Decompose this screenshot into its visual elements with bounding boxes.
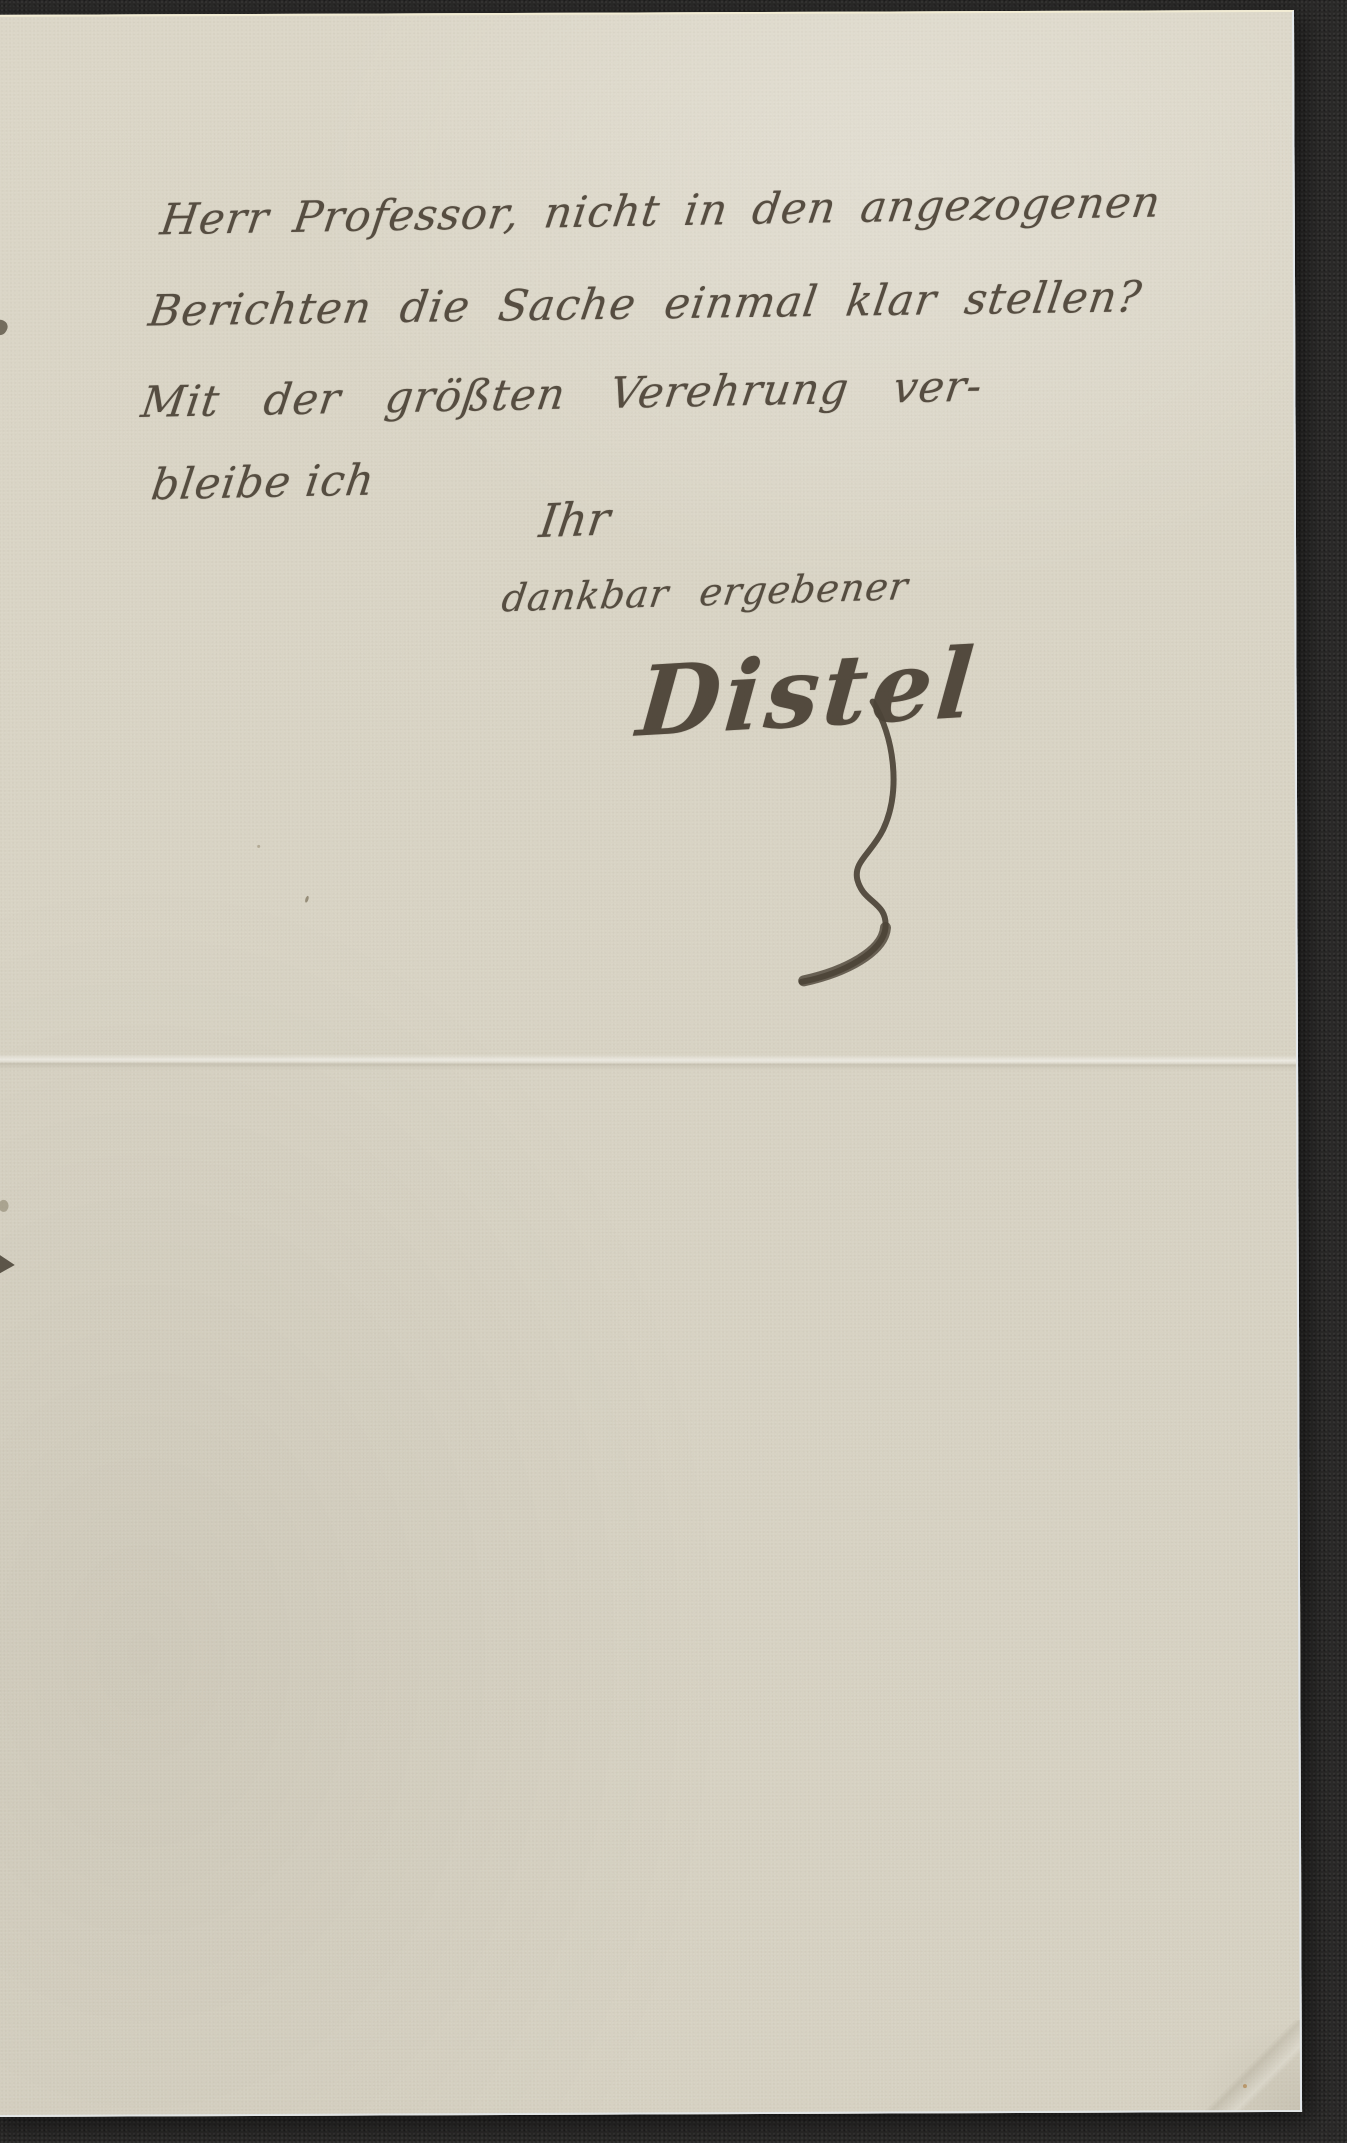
handwriting-line-2: Berichten die Sache einmal klar stellen? xyxy=(146,272,1146,336)
handwriting-line-1: Herr Professor, nicht in den angezogenen xyxy=(157,177,1164,245)
horizontal-fold-crease xyxy=(0,1054,1296,1071)
letter-page: Herr Professor, nicht in den angezogenen… xyxy=(0,10,1302,2117)
photo-dark-background: Herr Professor, nicht in den angezogenen… xyxy=(0,0,1347,2143)
left-edge-ink-mark-3 xyxy=(0,1253,15,1275)
closing-valediction: dankbar ergebener xyxy=(499,564,911,620)
paper-speck xyxy=(304,895,309,903)
handwriting-line-3: Mit der größten Verehrung ver- xyxy=(138,361,986,428)
closing-pronoun: Ihr xyxy=(536,491,613,548)
paper-speck xyxy=(257,845,260,848)
handwriting-line-4: bleibe ich xyxy=(148,455,377,510)
left-edge-ink-mark-1 xyxy=(0,317,10,337)
signature-flourish-stroke xyxy=(783,689,944,990)
left-edge-ink-mark-2 xyxy=(0,1200,9,1212)
bottom-right-corner-curl xyxy=(1190,2020,1300,2110)
